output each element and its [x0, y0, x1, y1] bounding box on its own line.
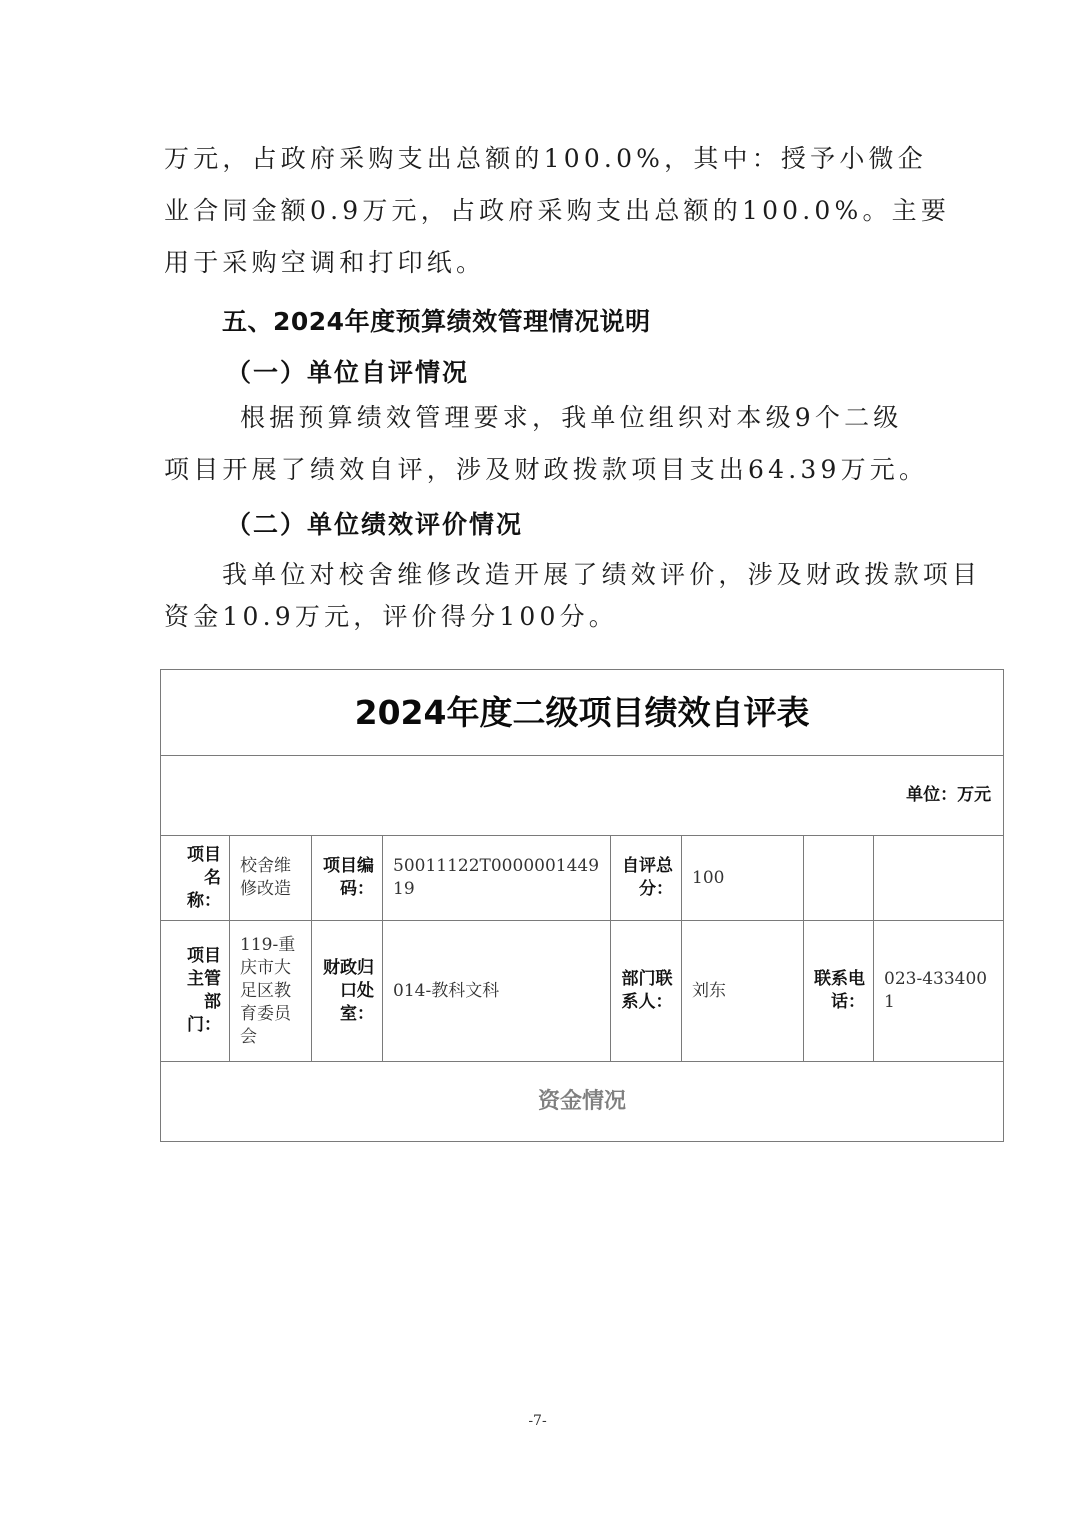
subsection-heading-self-evaluation: （一）单位自评情况: [226, 353, 469, 389]
finance-office-value: 014-教科文科: [383, 921, 611, 1062]
self-score-value: 100: [682, 836, 804, 921]
contact-person-value: 刘东: [682, 921, 804, 1062]
empty-cell: [804, 836, 874, 921]
department-label: 项目主管部门：: [161, 921, 230, 1062]
project-name-label: 项目名称：: [161, 836, 230, 921]
paragraph-self-evaluation-line-1: 根据预算绩效管理要求，我单位组织对本级9个二级: [240, 392, 903, 444]
project-code-value: 50011122T000000144919: [383, 836, 611, 921]
section-heading: 五、2024年度预算绩效管理情况说明: [222, 302, 651, 338]
department-value: 119-重庆市大足区教育委员会: [230, 921, 312, 1062]
contact-phone-label: 联系电话：: [804, 921, 874, 1062]
paragraph-procurement-line-2: 业合同金额0.9万元，占政府采购支出总额的100.0%。主要: [164, 185, 950, 237]
table-row-department-info: 项目主管部门： 119-重庆市大足区教育委员会 财政归口处室： 014-教科文科…: [161, 921, 1004, 1062]
empty-cell: [874, 836, 1004, 921]
finance-office-label: 财政归口处室：: [312, 921, 383, 1062]
paragraph-self-evaluation-line-2: 项目开展了绩效自评，涉及财政拨款项目支出64.39万元。: [164, 444, 928, 496]
self-score-label: 自评总分：: [611, 836, 682, 921]
paragraph-performance-evaluation-line-2: 资金10.9万元，评价得分100分。: [164, 591, 618, 643]
table-unit: 单位：万元: [161, 756, 1004, 836]
project-code-label: 项目编码：: [312, 836, 383, 921]
table-row-project-info: 项目名称： 校舍维修改造 项目编码： 50011122T000000144919…: [161, 836, 1004, 921]
subsection-heading-performance-evaluation: （二）单位绩效评价情况: [226, 505, 523, 541]
paragraph-procurement-line-1: 万元，占政府采购支出总额的100.0%，其中：授予小微企: [164, 133, 927, 185]
funds-section-header: 资金情况: [161, 1062, 1004, 1142]
project-name-value: 校舍维修改造: [230, 836, 312, 921]
document-page: 万元，占政府采购支出总额的100.0%，其中：授予小微企 业合同金额0.9万元，…: [0, 0, 1075, 1520]
contact-phone-value: 023-4334001: [874, 921, 1004, 1062]
project-self-evaluation-table: 2024年度二级项目绩效自评表 单位：万元 项目名称： 校舍维修改造 项目编码：…: [160, 669, 1004, 1142]
paragraph-procurement-line-3: 用于采购空调和打印纸。: [164, 237, 485, 289]
contact-person-label: 部门联系人：: [611, 921, 682, 1062]
table-title: 2024年度二级项目绩效自评表: [161, 670, 1004, 756]
page-number: -7-: [0, 1413, 1075, 1429]
